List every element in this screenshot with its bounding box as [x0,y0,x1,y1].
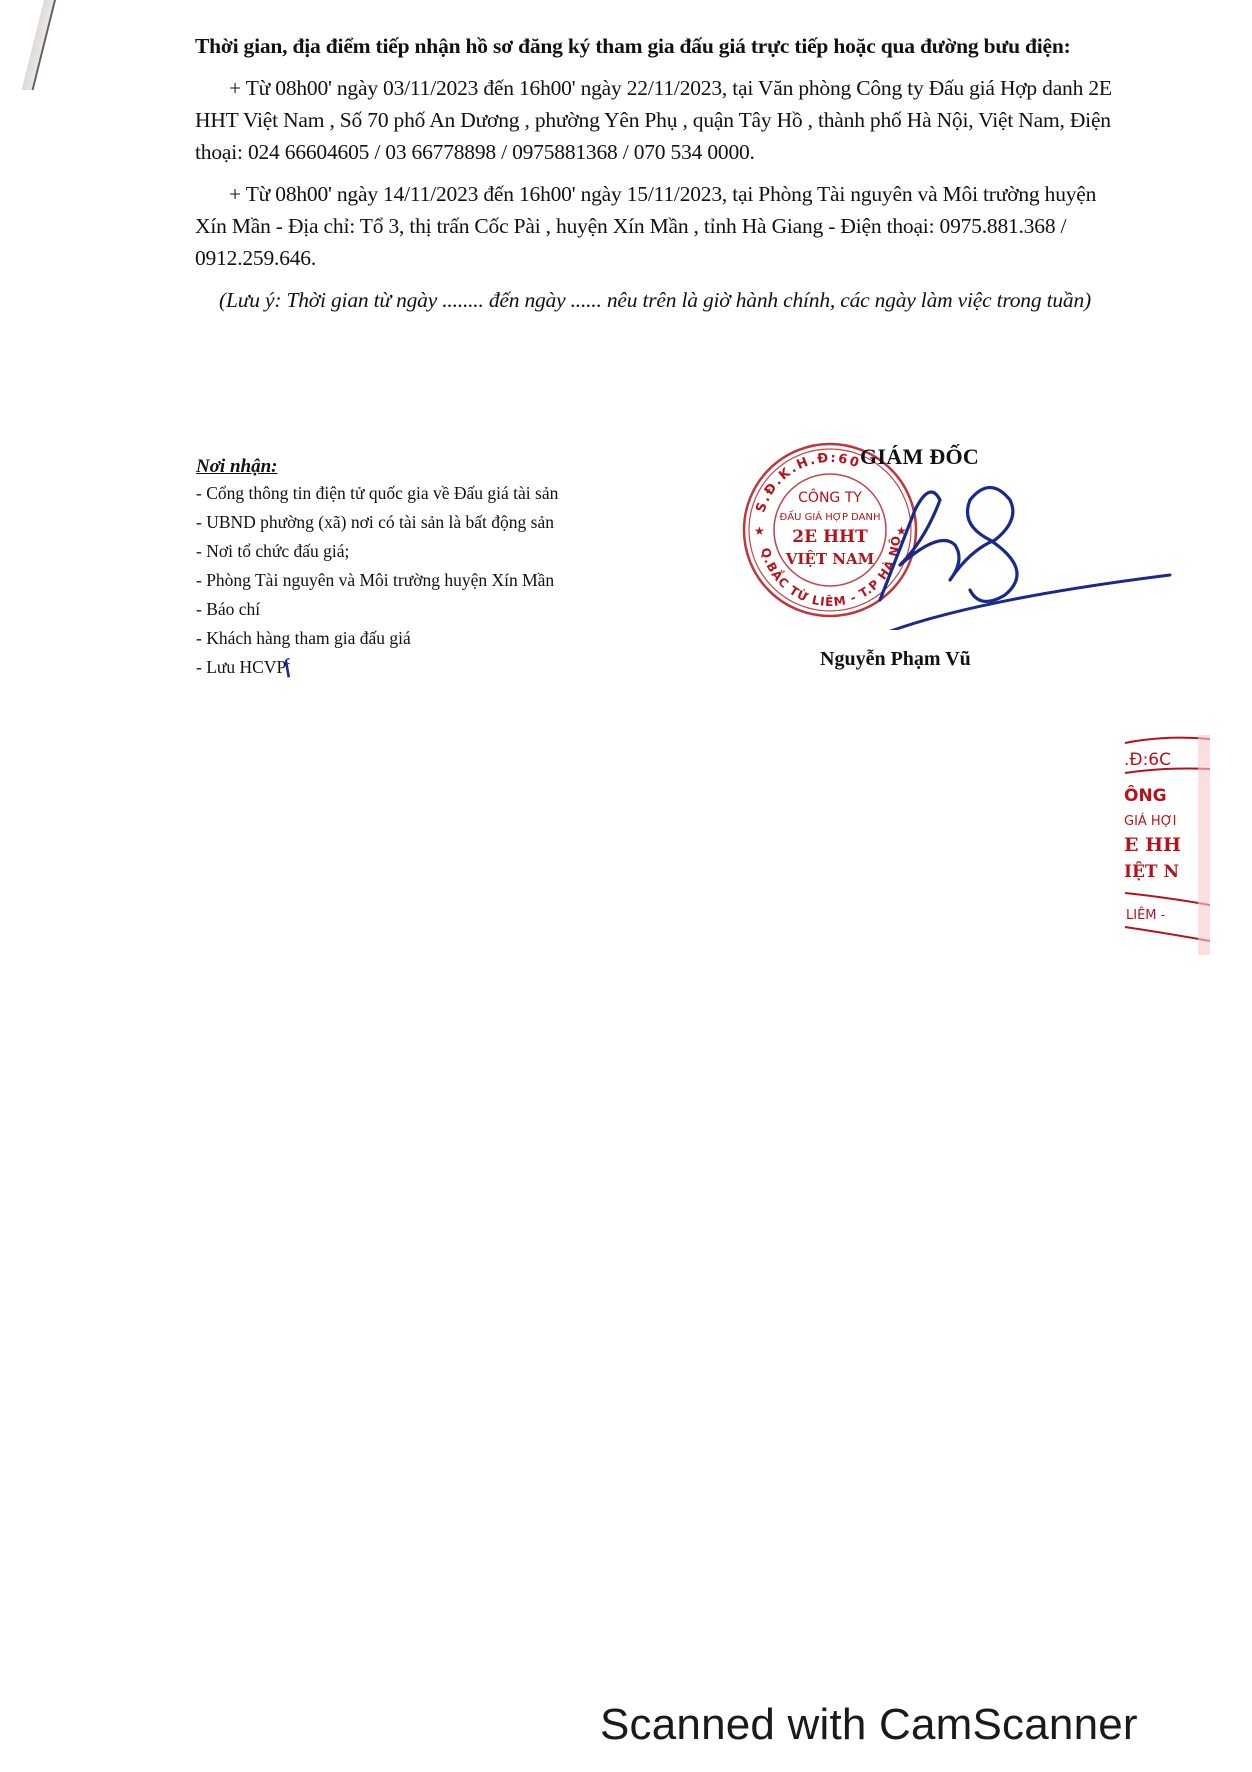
signature-block: S.Đ.K.H.Đ:60 Q.BẮC TỪ LIÊM - T.P HÀ NỘI … [740,440,1140,690]
recipients-block: Nơi nhận: - Cổng thông tin điện tử quốc … [196,452,656,682]
paragraph-office-xin-man: + Từ 08h00' ngày 14/11/2023 đến 16h00' n… [195,178,1115,274]
camscanner-watermark: Scanned with CamScanner [600,1700,1138,1750]
recipient-item: - Cổng thông tin điện tử quốc gia về Đấu… [196,479,656,508]
recipient-item: - Nơi tổ chức đấu giá; [196,537,656,566]
partial-seal-line: .Đ:6C [1124,750,1171,770]
partial-seal-line: GIÁ HỢI [1124,813,1176,829]
partial-seal-line: LIÊM - [1126,907,1166,923]
recipient-item: - UBND phường (xã) nơi có tài sản là bất… [196,508,656,537]
scanned-page-edge [22,0,56,90]
partial-seal-line: IỆT N [1124,861,1179,882]
working-hours-note: (Lưu ý: Thời gian từ ngày ........ đến n… [195,284,1115,316]
partial-seal-edge: .Đ:6C ÔNG GIÁ HỢI E HH IỆT N LIÊM - [1120,735,1210,955]
recipient-item: - Khách hàng tham gia đấu giá [196,624,656,653]
handwritten-signature-icon [820,470,1180,630]
document-body: Thời gian, địa điểm tiếp nhận hồ sơ đăng… [195,30,1115,316]
recipient-item: - Phòng Tài nguyên và Môi trường huyện X… [196,566,656,595]
recipients-title: Nơi nhận: [196,452,656,481]
paragraph-office-hanoi: + Từ 08h00' ngày 03/11/2023 đến 16h00' n… [195,72,1115,168]
partial-seal-line: ÔNG [1124,784,1167,806]
recipient-item-text: - Lưu HCVP [196,657,286,677]
signer-title: GIÁM ĐỐC [860,444,979,470]
svg-text:★: ★ [754,524,765,538]
signer-name: Nguyễn Phạm Vũ [820,648,971,671]
recipient-item: - Báo chí [196,595,656,624]
section-heading: Thời gian, địa điểm tiếp nhận hồ sơ đăng… [195,30,1115,62]
partial-seal-icon: .Đ:6C ÔNG GIÁ HỢI E HH IỆT N LIÊM - [1120,735,1210,955]
recipient-item: - Lưu HCVPf [196,653,656,682]
partial-seal-line: E HH [1124,834,1181,856]
